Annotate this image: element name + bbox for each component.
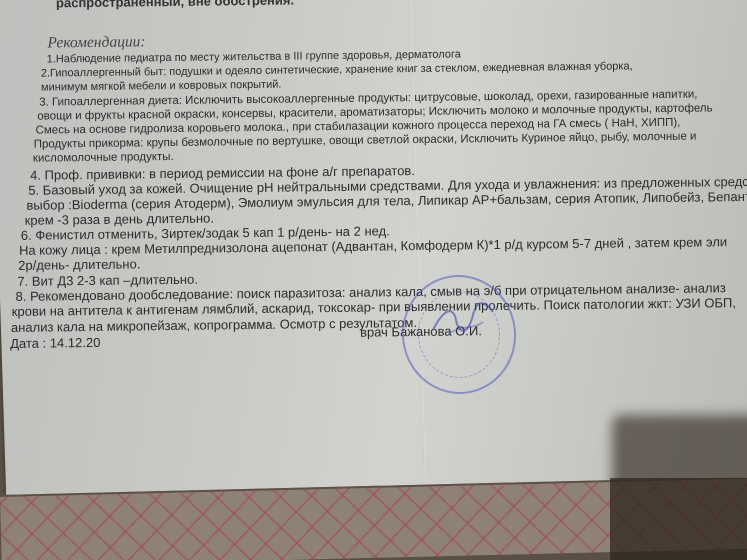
- dark-corner: [610, 478, 747, 560]
- rec-line-8: кисломолочные продукты.: [33, 151, 174, 165]
- date-line: Дата : 14.12.20: [10, 335, 100, 351]
- rec-line-15: 2р/день- длительно.: [18, 256, 140, 272]
- section-heading: Рекомендации:: [47, 33, 145, 52]
- paper-fold: [408, 0, 427, 507]
- signature-icon: [428, 300, 498, 340]
